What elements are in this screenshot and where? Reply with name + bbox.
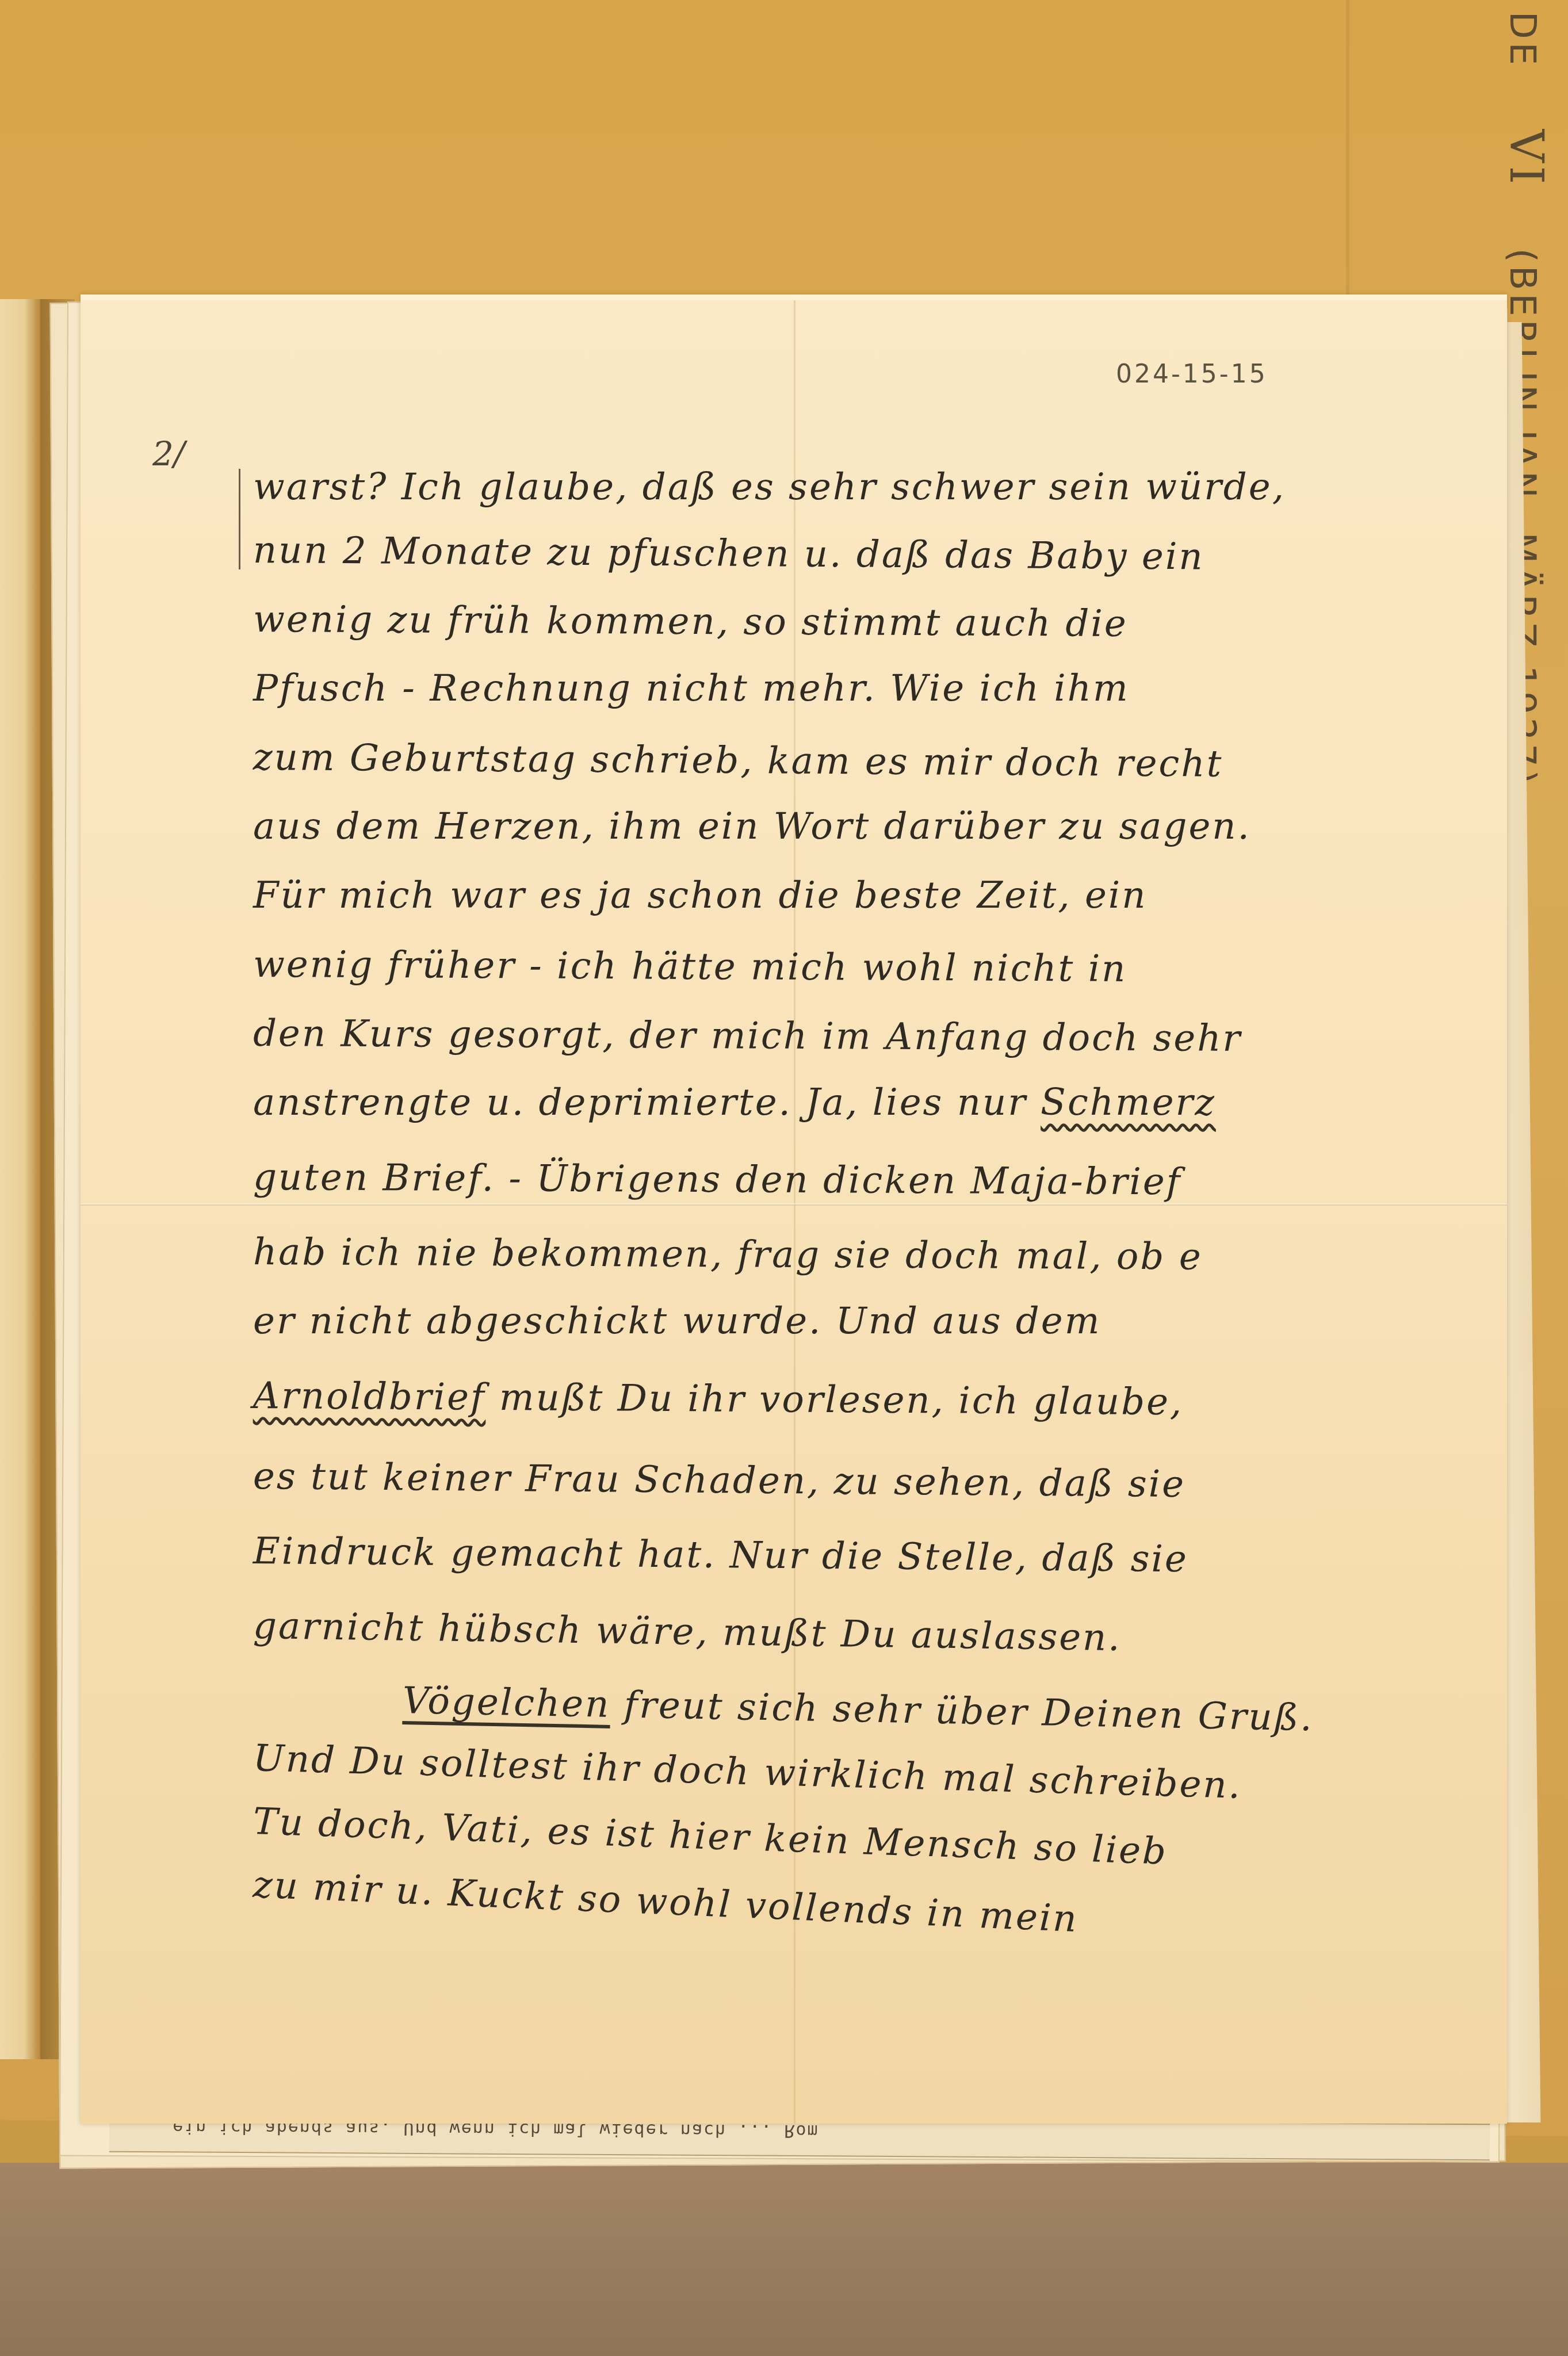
letter-line: wenig zu früh kommen, so stimmt auch die [253,598,1128,645]
letter-line: Pfusch - Rechnung nicht mehr. Wie ich ih… [253,667,1130,710]
letter-line: zum Geburtstag schrieb, kam es mir doch … [253,736,1223,786]
letter-line: Und Du solltest ihr doch wirklich mal sc… [253,1737,1242,1807]
letter-line: Für mich war es ja schon die beste Zeit,… [253,874,1147,917]
letter-body: warst? Ich glaube, daß es sehr schwer se… [0,0,1568,2356]
letter-line: es tut keiner Frau Schaden, zu sehen, da… [253,1455,1186,1506]
underlined-word: Arnoldbrief [253,1375,486,1419]
letter-line: zu mir u. Kuckt so wohl vollends in mein [252,1864,1079,1941]
letter-line: Vögelchen freut sich sehr über Deinen Gr… [402,1680,1314,1739]
letter-line: Eindruck gemacht hat. Nur die Stelle, da… [253,1530,1188,1581]
letter-line: er nicht abgeschickt wurde. Und aus dem [253,1300,1101,1343]
letter-line: garnicht hübsch wäre, mußt Du auslassen. [253,1605,1122,1659]
letter-line: den Kurs gesorgt, der mich im Anfang doc… [253,1012,1242,1060]
underlined-word: Vögelchen [402,1680,611,1726]
letter-line: hab ich nie bekommen, frag sie doch mal,… [253,1231,1203,1279]
letter-line: wenig früher - ich hätte mich wohl nicht… [253,943,1127,990]
letter-line: Arnoldbrief mußt Du ihr vorlesen, ich gl… [253,1375,1184,1424]
letter-line: Tu doch, Vati, es ist hier kein Mensch s… [253,1800,1168,1873]
letter-line: aus dem Herzen, ihm ein Wort darüber zu … [253,805,1251,848]
letter-line: guten Brief. - Übrigens den dicken Maja-… [253,1156,1182,1203]
letter-line: nun 2 Monate zu pfuschen u. daß das Baby… [253,529,1204,579]
letter-line: anstrengte u. deprimierte. Ja, lies nur … [253,1081,1216,1124]
letter-line: warst? Ich glaube, daß es sehr schwer se… [253,466,1286,508]
underlined-word: Schmerz [1041,1081,1216,1124]
